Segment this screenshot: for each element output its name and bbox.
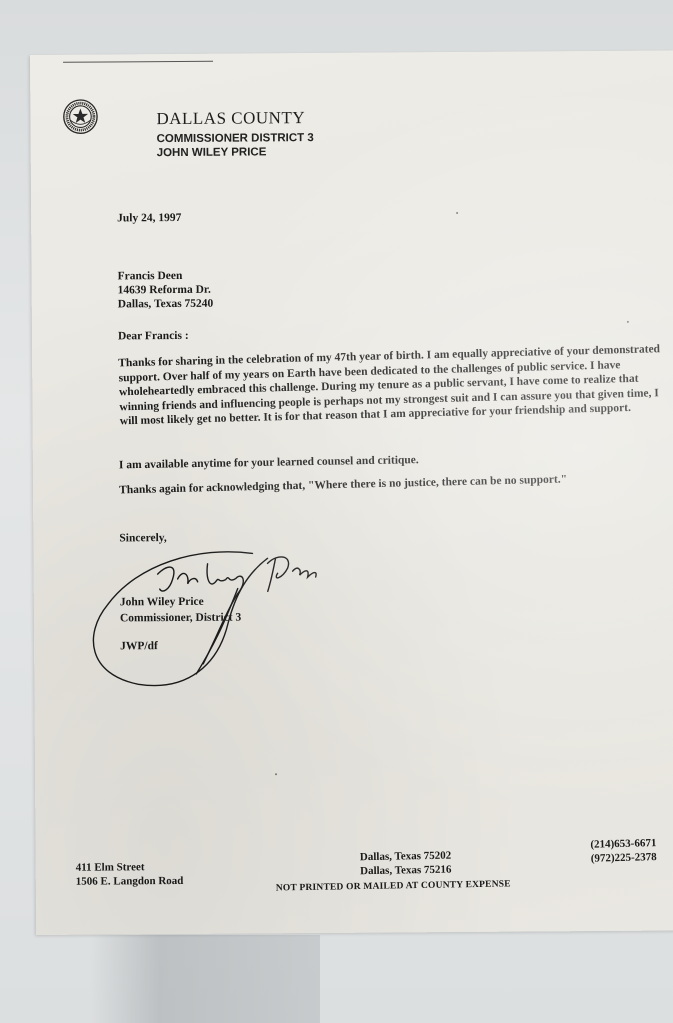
official-name: JOHN WILEY PRICE [157, 145, 314, 160]
body-paragraph-2: I am available anytime for your learned … [119, 454, 419, 471]
paper-speck [456, 212, 458, 214]
footer-cities: Dallas, Texas 75202 Dallas, Texas 75216 [345, 848, 465, 878]
letter-paper: DALLAS COUNTY COMMISSIONER DISTRICT 3 JO… [30, 51, 673, 935]
paper-speck [627, 321, 629, 323]
body-paragraph-1: Thanks for sharing in the celebration of… [118, 342, 668, 429]
footer-city-2: Dallas, Texas 75216 [346, 862, 466, 878]
footer-notice: NOT PRINTED OR MAILED AT COUNTY EXPENSE [276, 879, 511, 893]
footer-phone-2: (972)225-2378 [591, 850, 657, 866]
letter-date: July 24, 1997 [117, 212, 181, 224]
office-name: COMMISSIONER DISTRICT 3 [157, 131, 314, 146]
organization-name: DALLAS COUNTY [156, 108, 313, 129]
top-rule-line [63, 61, 213, 63]
recipient-address: Francis Deen 14639 Reforma Dr. Dallas, T… [117, 269, 213, 312]
table-shadow [90, 935, 320, 1023]
letterhead: DALLAS COUNTY COMMISSIONER DISTRICT 3 JO… [156, 108, 314, 160]
footer-address-2: 1506 E. Langdon Road [76, 874, 184, 889]
handwritten-signature-icon [77, 533, 338, 695]
recipient-name: Francis Deen [117, 269, 213, 284]
state-of-texas-seal-icon [62, 99, 98, 135]
footer-address-1: 411 Elm Street [76, 860, 184, 875]
recipient-street: 14639 Reforma Dr. [118, 283, 214, 298]
footer-phones: (214)653-6671 (972)225-2378 [590, 836, 657, 866]
body-paragraph-3: Thanks again for acknowledging that, "Wh… [119, 472, 639, 497]
salutation: Dear Francis : [118, 330, 189, 342]
footer-addresses: 411 Elm Street 1506 E. Langdon Road [76, 860, 184, 889]
paper-speck [275, 773, 277, 775]
recipient-city: Dallas, Texas 75240 [118, 297, 214, 312]
